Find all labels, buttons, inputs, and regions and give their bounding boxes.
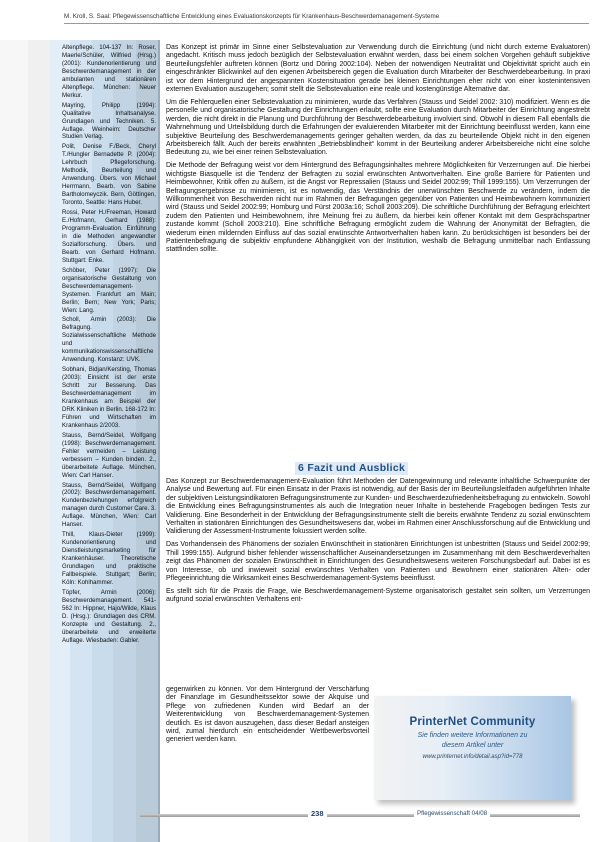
reference-item: Rossi, Peter H./Freeman, Howard E./Hofma… [62,209,156,265]
section-body-text: Das Konzept zur Beschwerdemanagement-Eva… [166,478,590,609]
main-body-text: Das Konzept ist primär im Sinne einer Se… [166,44,590,259]
body-paragraph: Das Konzept zur Beschwerdemanagement-Eva… [166,478,590,537]
reference-item: Töpfer, Armin (2006): Beschwerdemanageme… [62,589,156,645]
references-sidebar: Altenpflege. 104-137 In: Roser, Maerle/S… [62,44,156,647]
body-paragraph: Das Konzept ist primär im Sinne einer Se… [166,44,590,94]
reference-item: Schöber, Peter (1997): Die organisatoris… [62,267,156,315]
promo-subtitle: Sie finden weitere Informationen zu dies… [374,731,571,750]
reference-item: Stauss, Bernd/Seidel, Wolfgang (2002): B… [62,482,156,530]
promo-subtitle-line: diesem Artikel unter [374,741,571,751]
body-paragraph: Das Vorhandensein des Phänomens der sozi… [166,541,590,583]
reference-item: Stauss, Bernd/Seidel, Wolfgang (1998): B… [62,432,156,480]
body-paragraph: Die Methode der Befragung weist vor dem … [166,162,590,254]
body-paragraph: Um die Fehlerquellen einer Selbstevaluat… [166,99,590,158]
printernet-promo-box: PrinterNet Community Sie finden weitere … [374,696,571,800]
reference-item: Sobhani, Bidjan/Kersting, Thomas (2003):… [62,366,156,430]
reference-item: Scholl, Armin (2003): Die Befragung. Soz… [62,316,156,364]
footer-rule [140,814,580,817]
promo-url-link[interactable]: www.printernet.info/detail.asp?id=778 [374,754,571,760]
reference-item: Polit, Denise F./Beck, Cheryl T./Hungler… [62,143,156,207]
running-head: M. Kroll, S. Saal: Pflegewissenschaftlic… [64,11,589,24]
page-number: 238 [308,808,327,820]
reference-item: Altenpflege. 104-137 In: Roser, Maerle/S… [62,44,156,100]
journal-name: Pflegewissenschaft 04/08 [414,808,490,820]
body-paragraph: Es stellt sich für die Praxis die Frage,… [166,588,590,605]
promo-title: PrinterNet Community [374,716,571,728]
promo-subtitle-line: Sie finden weitere Informationen zu [374,731,571,741]
reference-item: Mayring, Philipp (1994): Qualitative Inh… [62,102,156,142]
body-paragraph-wrapped: gegenwirken zu können. Vor dem Hintergru… [166,686,369,745]
section-heading: 6 Fazit und Ausblick [295,462,408,475]
reference-item: Thill, Klaus-Dieter (1999): Kundenorient… [62,531,156,587]
